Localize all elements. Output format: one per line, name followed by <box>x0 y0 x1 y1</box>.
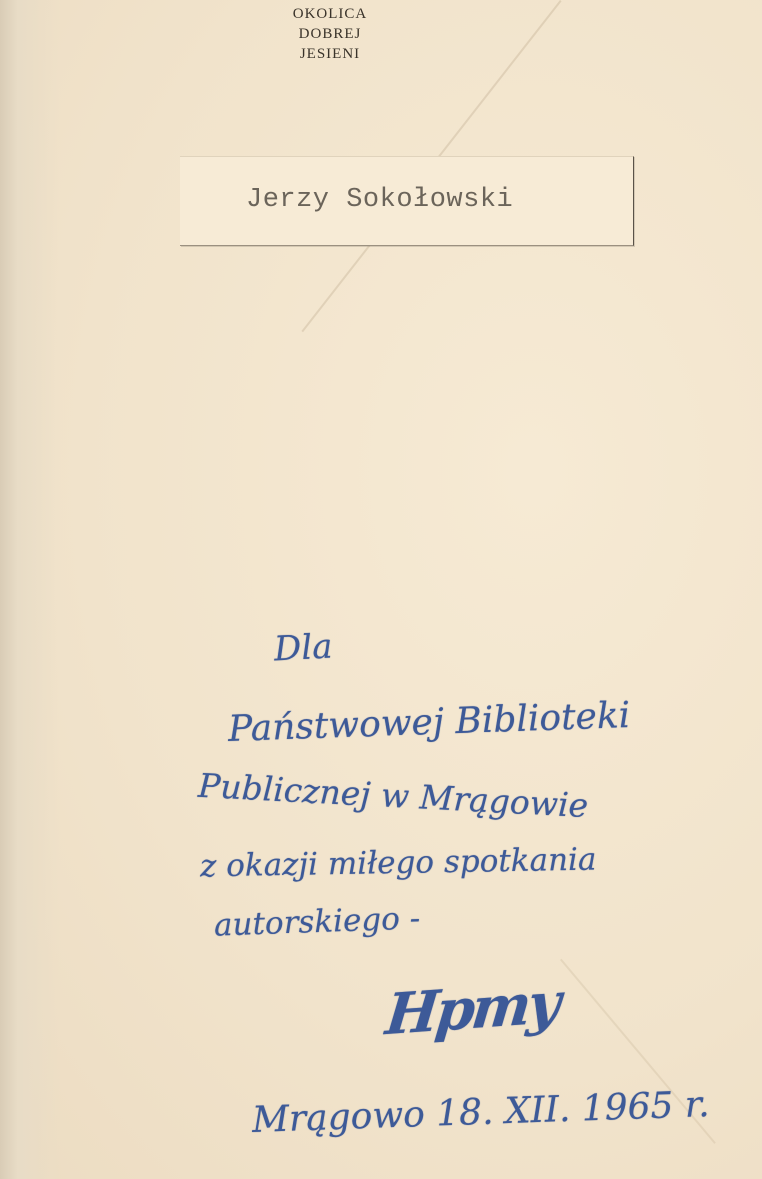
dedication-line: Publicznej w Mrągowie <box>197 766 589 825</box>
book-title-line: DOBREJ <box>230 24 430 44</box>
author-name-slip: Jerzy Sokołowski <box>180 156 634 246</box>
author-signature: Hpmy <box>383 970 561 1049</box>
author-name: Jerzy Sokołowski <box>246 185 513 215</box>
dedication-line: autorskiego - <box>213 900 420 943</box>
book-title-line: JESIENI <box>230 44 430 64</box>
dedication-line: z okazji miłego spotkania <box>200 842 597 885</box>
book-title: OKOLICA DOBREJ JESIENI <box>230 4 430 64</box>
place-and-date: Mrągowo 18. XII. 1965 r. <box>251 1084 710 1141</box>
dedication-line: Państwowej Biblioteki <box>227 695 630 750</box>
dedication-line: Dla <box>273 626 333 669</box>
book-title-line: OKOLICA <box>230 4 430 24</box>
